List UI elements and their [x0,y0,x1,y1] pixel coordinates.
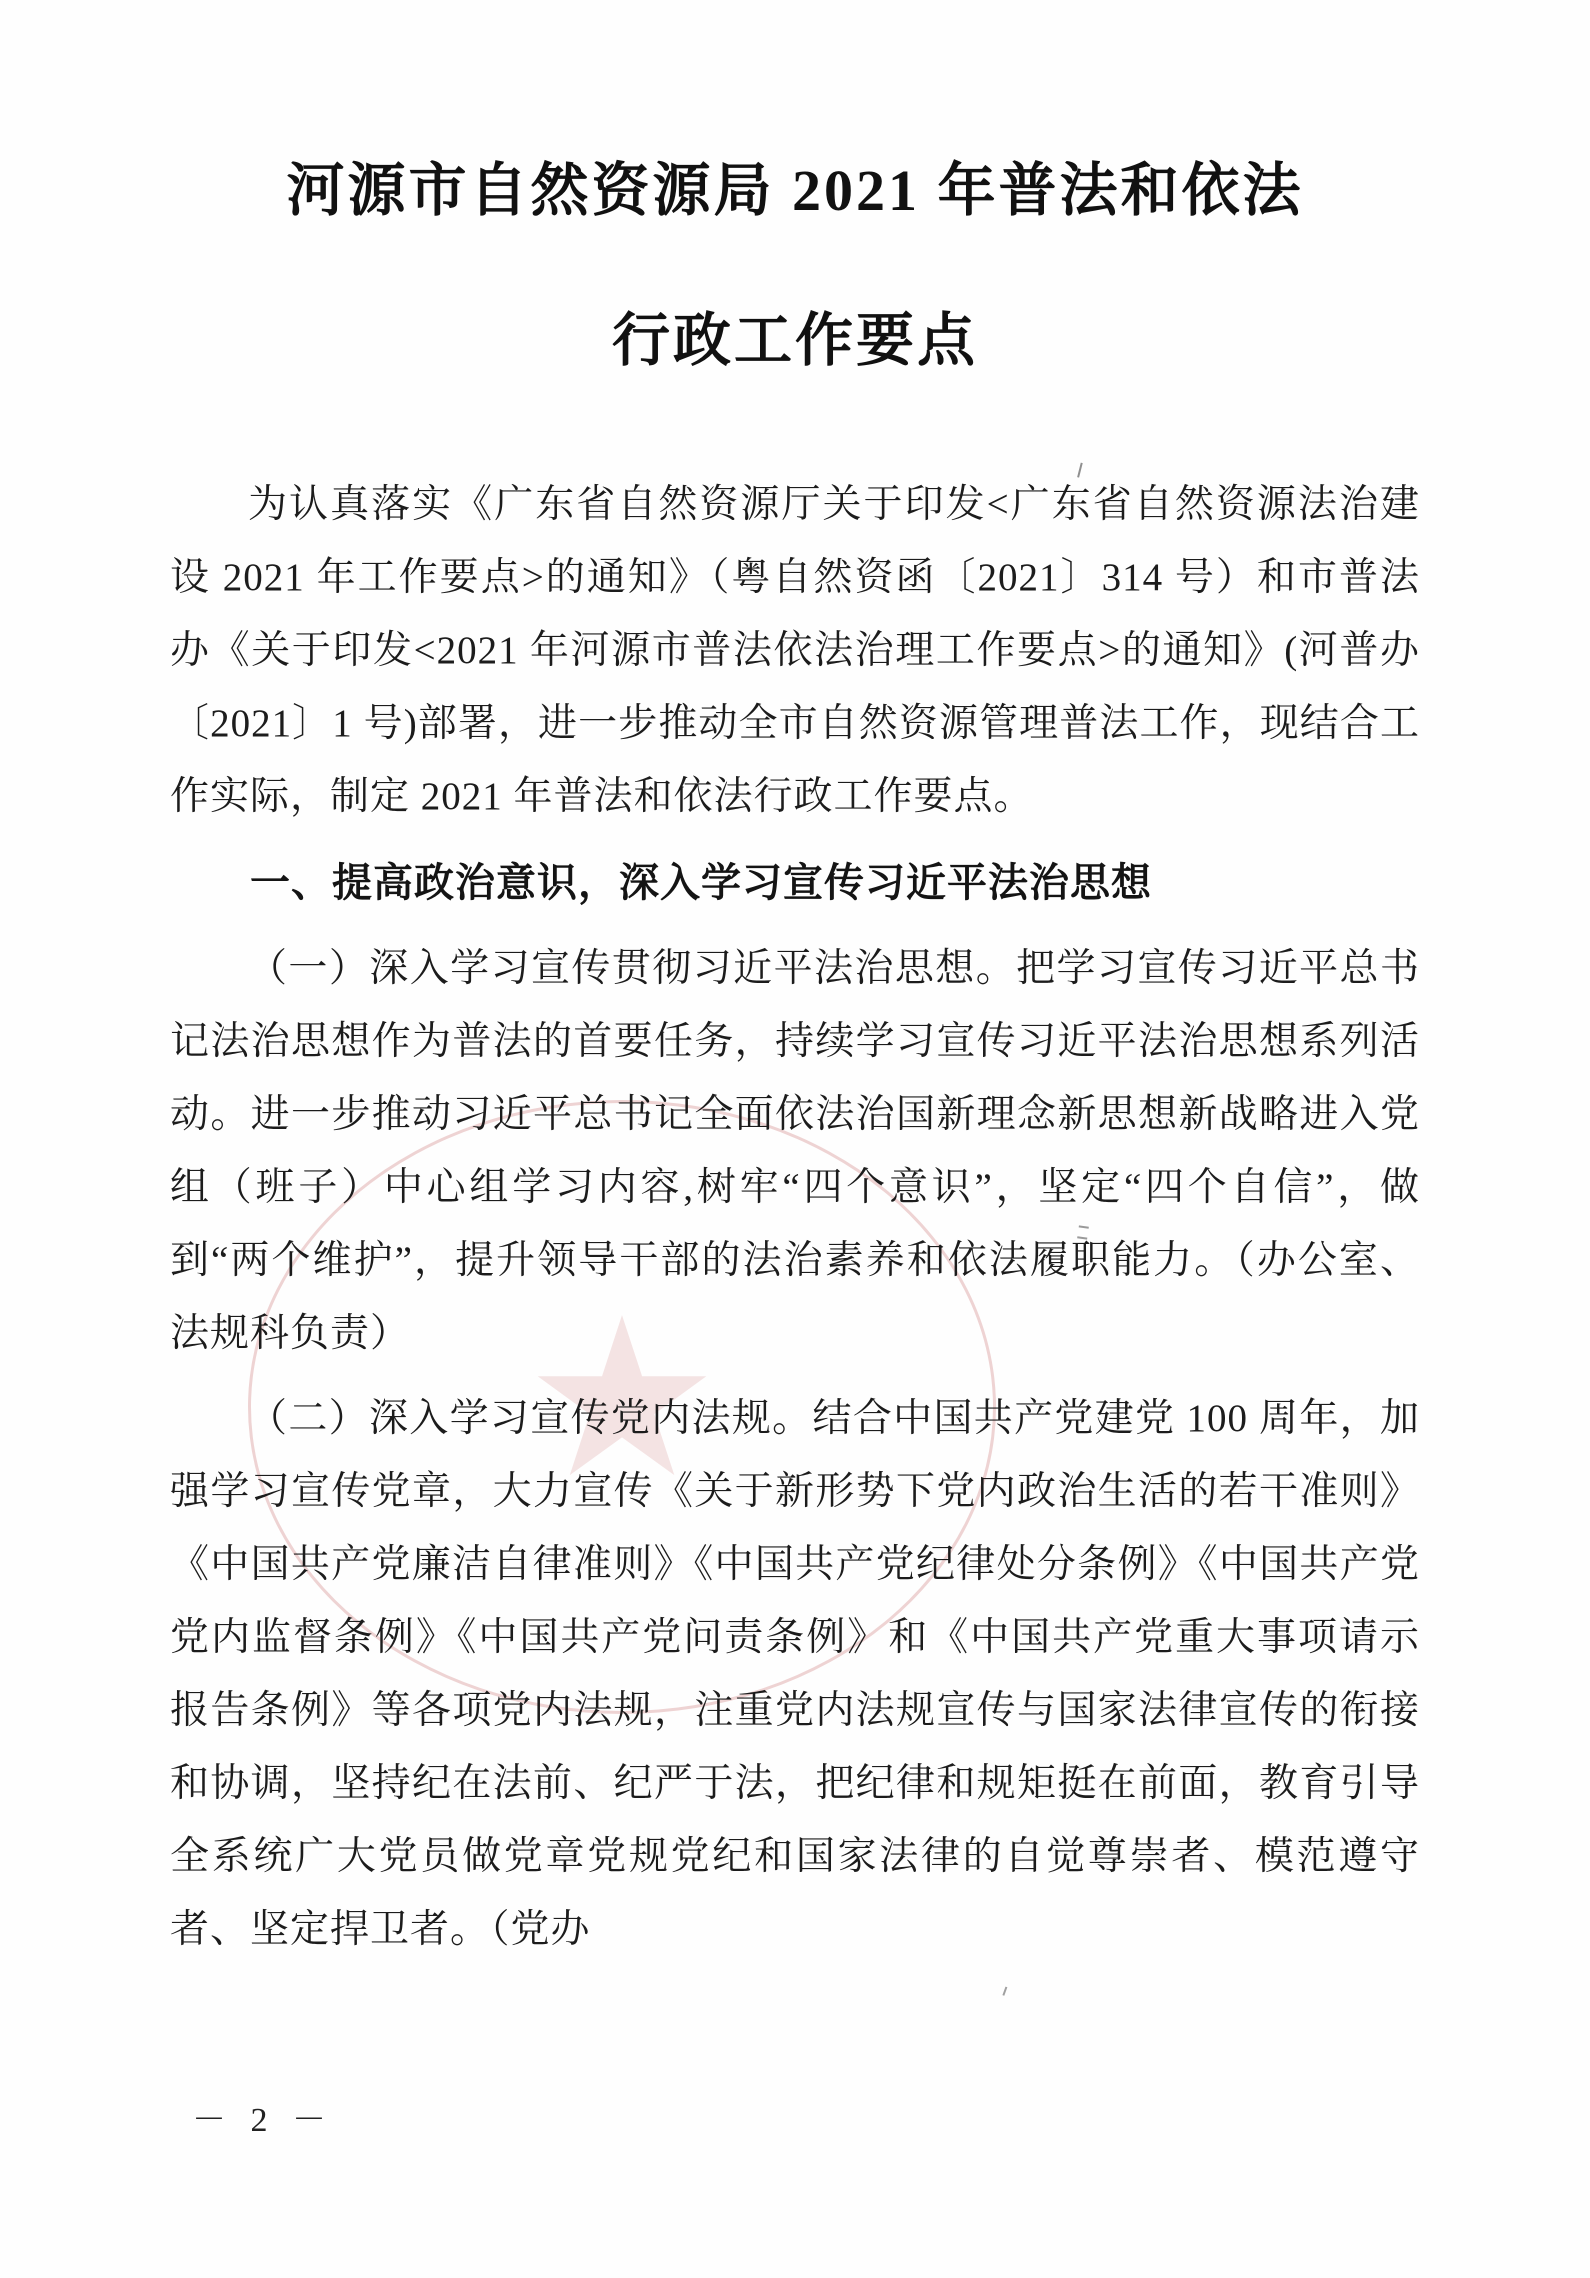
title-line-1: 河源市自然资源局 2021 年普法和依法 [286,158,1303,223]
document-page: ★ 河源市自然资源局 2021 年普法和依法 行政工作要点 为认真落实《广东省自… [0,0,1590,2278]
page-number: － 2 － [192,2092,334,2141]
intro-paragraph: 为认真落实《广东省自然资源厅关于印发<广东省自然资源法治建设 2021 年工作要… [170,468,1420,833]
scan-artifact [999,1985,1008,1996]
section-1-heading: 一、提高政治意识，深入学习宣传习近平法治思想 [170,847,1420,920]
title-line-2: 行政工作要点 [612,308,978,373]
document-body: 为认真落实《广东省自然资源厅关于印发<广东省自然资源法治建设 2021 年工作要… [170,468,1420,1966]
section-1-item-2: （二）深入学习宣传党内法规。结合中国共产党建党 100 周年，加强学习宣传党章，… [170,1382,1420,1966]
document-title: 河源市自然资源局 2021 年普法和依法 行政工作要点 [0,116,1590,416]
section-1-item-1: （一）深入学习宣传贯彻习近平法治思想。把学习宣传习近平总书记法治思想作为普法的首… [170,932,1420,1370]
